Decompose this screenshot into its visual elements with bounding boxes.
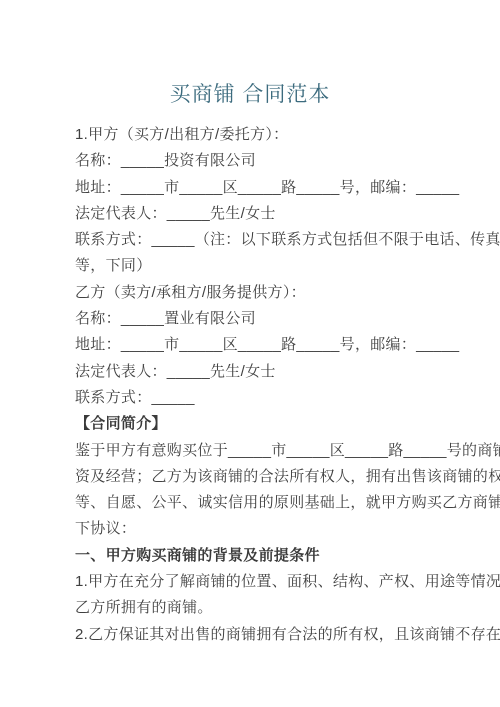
contract-text-line: 名称：_____置业有限公司 [75,306,445,332]
contract-text-line: 名称：_____投资有限公司 [75,148,445,174]
contract-heading-line: 【合同简介】 [75,411,445,437]
contract-text-line: 法定代表人：_____先生/女士 [75,201,445,227]
contract-text-line: 等、自愿、公平、诚实信用的原则基础上，就甲方购买乙方商铺事宜，达成如 [75,490,445,516]
contract-document-page: 买商铺 合同范本 1.甲方（买方/出租方/委托方）：名称：_____投资有限公司… [0,0,500,707]
contract-text-line: 1.甲方在充分了解商铺的位置、面积、结构、产权、用途等情况后，决定购买 [75,569,445,595]
contract-heading-line: 一、甲方购买商铺的背景及前提条件 [75,543,445,569]
document-body: 1.甲方（买方/出租方/委托方）：名称：_____投资有限公司地址：_____市… [0,110,500,648]
contract-text-line: 乙方所拥有的商铺。 [75,595,445,621]
contract-text-line: 乙方（卖方/承租方/服务提供方）： [75,280,445,306]
contract-text-line: 联系方式：_____（注：以下联系方式包括但不限于电话、传真、电子邮箱 [75,227,445,253]
contract-text-line: 下协议： [75,516,445,542]
contract-text-line: 2.乙方保证其对出售的商铺拥有合法的所有权，且该商铺不存在任何权属纠 [75,622,445,648]
contract-text-line: 1.甲方（买方/出租方/委托方）： [75,122,445,148]
contract-text-line: 资及经营；乙方为该商铺的合法所有权人，拥有出售该商铺的权利。双方在平 [75,464,445,490]
contract-text-line: 联系方式：_____ [75,385,445,411]
contract-text-line: 鉴于甲方有意购买位于_____市_____区_____路_____号的商铺，用于… [75,438,445,464]
contract-text-line: 法定代表人：_____先生/女士 [75,359,445,385]
contract-text-line: 地址：_____市_____区_____路_____号，邮编：_____ [75,332,445,358]
document-title: 买商铺 合同范本 [0,0,500,110]
contract-text-line: 等，下同） [75,253,445,279]
contract-text-line: 地址：_____市_____区_____路_____号，邮编：_____ [75,175,445,201]
